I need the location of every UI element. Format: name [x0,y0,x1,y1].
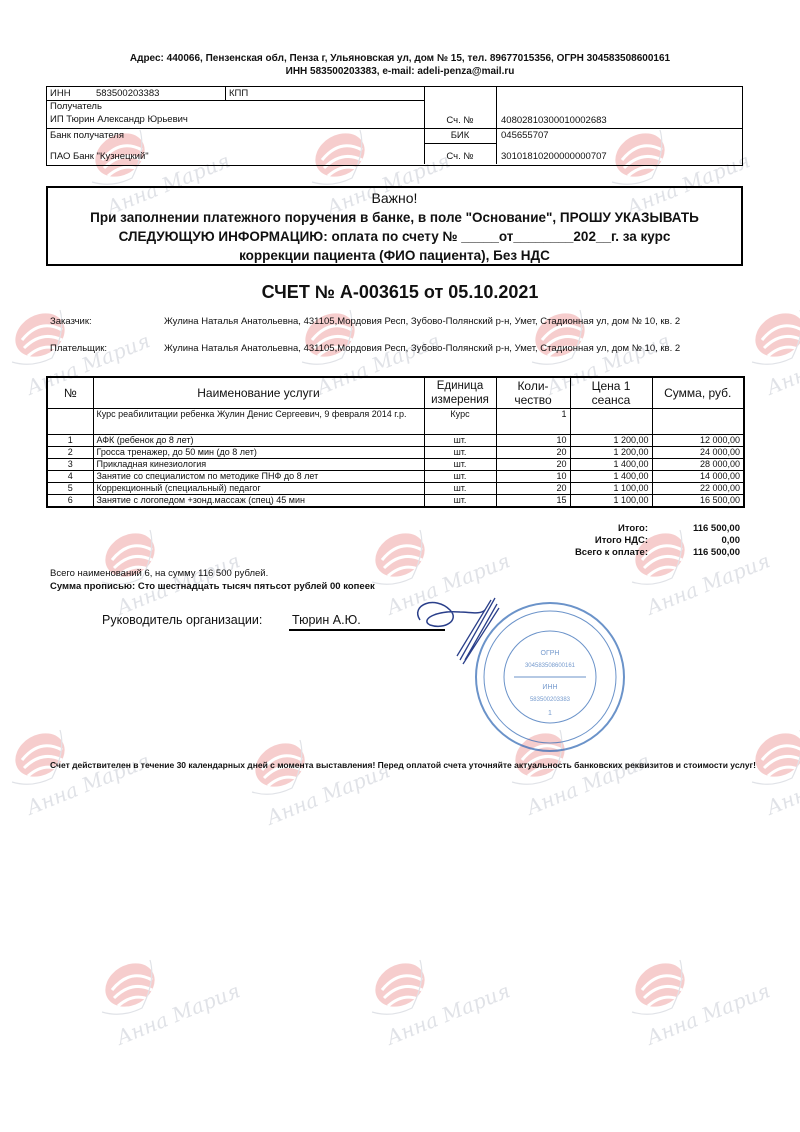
amount-in-words: Сумма прописью: Сто шестнадцать тысяч пя… [50,580,375,593]
important-line-1: При заполнении платежного поручения в ба… [48,208,741,227]
director-label: Руководитель организации: [102,613,262,627]
important-notice: Важно! При заполнении платежного поручен… [46,186,743,266]
cell-num: 5 [47,483,93,495]
svg-text:ОГРН: ОГРН [541,650,560,657]
col-qty: Коли-чество [496,377,570,409]
customer-block: Заказчик: Жулина Наталья Анатольевна, 43… [50,316,750,342]
corr-account-value: 30101810200000000707 [498,150,738,163]
svg-text:ИНН: ИНН [542,684,557,691]
cell-num [47,409,93,435]
col-price: Цена 1 сеанса [570,377,652,409]
bik-value: 045655707 [498,129,738,142]
contacts-line: ИНН 583500203383, e-mail: adeli-penza@ma… [0,65,800,78]
cell-price: 1 200,00 [570,435,652,447]
table-row: 1АФК (ребенок до 8 лет)шт.101 200,0012 0… [47,435,744,447]
recipient-value: ИП Тюрин Александр Юрьевич [47,113,417,126]
important-title: Важно! [48,189,741,208]
cell-num: 2 [47,447,93,459]
cell-unit: шт. [424,495,496,508]
table-row: 5Коррекционный (специальный) педагогшт.2… [47,483,744,495]
cell-num: 1 [47,435,93,447]
cell-qty: 10 [496,435,570,447]
total-label: Итого: [618,523,648,534]
cell-price: 1 400,00 [570,471,652,483]
cell-sum: 24 000,00 [652,447,744,459]
cell-price: 1 100,00 [570,483,652,495]
count-summary: Всего наименований 6, на сумму 116 500 р… [50,567,268,580]
table-row: 2Гросса тренажер, до 50 мин (до 8 лет)шт… [47,447,744,459]
col-num: № [47,377,93,409]
address-line: Адрес: 440066, Пензенская обл, Пенза г, … [0,52,800,65]
cell-name: Занятие с логопедом +зонд.массаж (спец) … [93,495,424,508]
payer-value: Жулина Наталья Анатольевна, 431105,Мордо… [164,343,734,355]
director-name: Тюрин А.Ю. [292,613,361,627]
cell-sum: 16 500,00 [652,495,744,508]
vat-value: 0,00 [722,535,741,546]
validity-note: Счет действителен в течение 30 календарн… [50,760,800,771]
table-row: 6Занятие с логопедом +зонд.массаж (спец)… [47,495,744,508]
bik-label: БИК [425,129,495,142]
cell-qty: 20 [496,447,570,459]
cell-price: 1 200,00 [570,447,652,459]
important-line-3: коррекции пациента (ФИО пациента), Без Н… [48,246,741,265]
cell-price [570,409,652,435]
recipient-label: Получатель [47,100,417,113]
table-header-row: № Наименование услуги Единица измерения … [47,377,744,409]
cell-price: 1 400,00 [570,459,652,471]
table-row: 3Прикладная кинезиологияшт.201 400,0028 … [47,459,744,471]
services-table: № Наименование услуги Единица измерения … [46,376,745,508]
corr-account-label: Сч. № [425,150,495,163]
cell-num: 4 [47,471,93,483]
cell-num: 6 [47,495,93,508]
cell-sum: 14 000,00 [652,471,744,483]
cell-unit: шт. [424,435,496,447]
cell-unit: шт. [424,471,496,483]
account-value: 40802810300010002683 [498,114,738,127]
cell-qty: 20 [496,459,570,471]
kpp-label: КПП [226,87,286,100]
bank-value: ПАО Банк "Кузнецкий" [47,150,417,163]
due-label: Всего к оплате: [575,547,648,558]
course-row: Курс реабилитации ребенка Жулин Денис Се… [47,409,744,435]
cell-name: Коррекционный (специальный) педагог [93,483,424,495]
cell-sum [652,409,744,435]
important-line-2: СЛЕДУЮЩУЮ ИНФОРМАЦИЮ: оплата по счету № … [48,227,741,246]
cell-unit: Курс [424,409,496,435]
bank-label: Банк получателя [47,129,417,142]
cell-price: 1 100,00 [570,495,652,508]
company-header: Адрес: 440066, Пензенская обл, Пенза г, … [0,52,800,78]
vat-label: Итого НДС: [595,535,648,546]
cell-name: Прикладная кинезиология [93,459,424,471]
cell-qty: 15 [496,495,570,508]
cell-sum: 12 000,00 [652,435,744,447]
cell-unit: шт. [424,483,496,495]
col-unit: Единица измерения [424,377,496,409]
svg-text:583500203383: 583500203383 [530,697,571,703]
cell-qty: 10 [496,471,570,483]
signature-icon [405,590,515,670]
cell-qty: 1 [496,409,570,435]
cell-unit: шт. [424,447,496,459]
cell-unit: шт. [424,459,496,471]
account-label: Сч. № [425,114,495,127]
inn-label: ИНН [47,87,87,100]
cell-sum: 22 000,00 [652,483,744,495]
totals-block: Итого:116 500,00 Итого НДС:0,00 Всего к … [500,523,743,559]
table-row: 4Занятие со специалистом по методике ПНФ… [47,471,744,483]
cell-name: АФК (ребенок до 8 лет) [93,435,424,447]
cell-sum: 28 000,00 [652,459,744,471]
inn-value: 583500203383 [93,87,223,100]
customer-label: Заказчик: [50,316,160,328]
cell-num: 3 [47,459,93,471]
col-name: Наименование услуги [93,377,424,409]
bank-details-table: ИНН 583500203383 КПП Получатель ИП Тюрин… [46,86,743,166]
col-sum: Сумма, руб. [652,377,744,409]
cell-name: Курс реабилитации ребенка Жулин Денис Се… [93,409,424,435]
invoice-title: СЧЕТ № А-003615 от 05.10.2021 [0,282,800,303]
cell-name: Занятие со специалистом по методике ПНФ … [93,471,424,483]
cell-qty: 20 [496,483,570,495]
svg-text:304583508600161: 304583508600161 [525,663,576,669]
total-value: 116 500,00 [693,523,740,534]
payer-block: Плательщик: Жулина Наталья Анатольевна, … [50,343,750,369]
customer-value: Жулина Наталья Анатольевна, 431105,Мордо… [164,316,734,328]
svg-text:1: 1 [548,710,552,717]
cell-name: Гросса тренажер, до 50 мин (до 8 лет) [93,447,424,459]
payer-label: Плательщик: [50,343,160,355]
due-value: 116 500,00 [693,547,740,558]
